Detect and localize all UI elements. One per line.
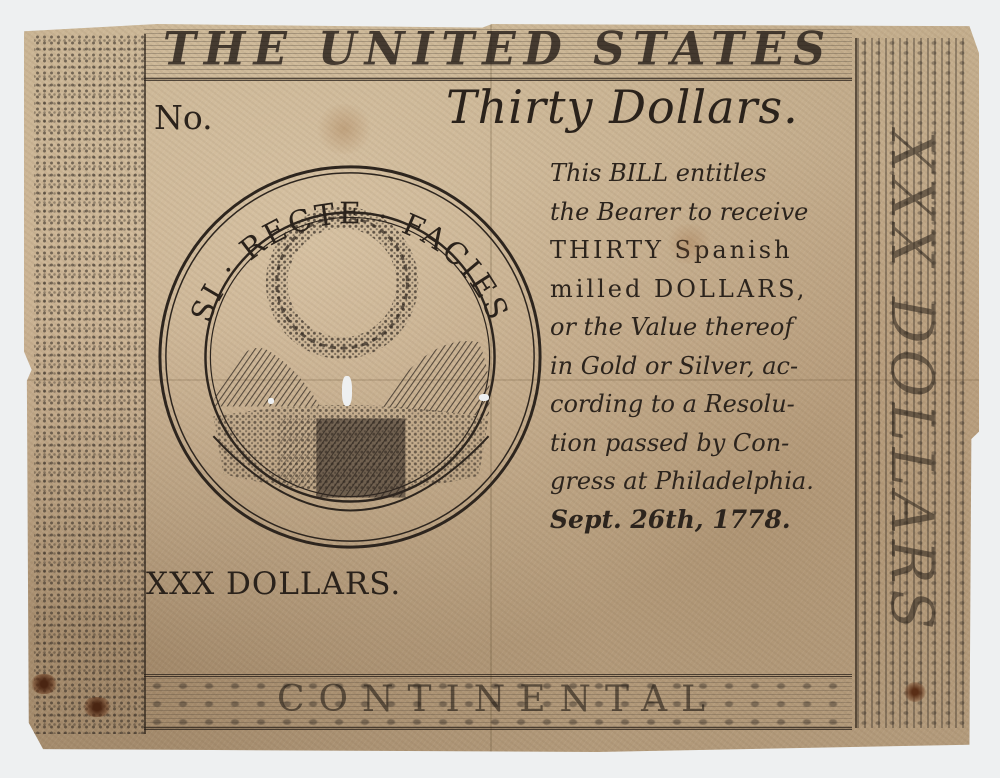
left-hill-icon bbox=[211, 348, 320, 407]
denomination-title: Thirty Dollars. bbox=[446, 80, 799, 134]
bill-text-line: tion passed by Con- bbox=[550, 424, 860, 463]
bill-text-line: in Gold or Silver, ac- bbox=[550, 347, 860, 386]
stain-mark bbox=[314, 104, 374, 154]
bottom-ornamental-border: CONTINENTAL bbox=[144, 674, 852, 730]
seal-graphic: SI · RECTE · FACIES bbox=[152, 158, 548, 556]
right-hill-icon bbox=[380, 341, 490, 416]
paper-hole bbox=[268, 398, 274, 404]
top-ornamental-border: THE UNITED STATES bbox=[144, 28, 852, 81]
bill-text-line: or the Value thereof bbox=[550, 308, 860, 347]
issue-date: Sept. 26th, 1778. bbox=[550, 501, 860, 540]
bill-text-line: the Bearer to receive bbox=[550, 193, 860, 232]
banknote: XXX DOLLARS THE UNITED STATES CONTINENTA… bbox=[24, 24, 979, 752]
paper-hole bbox=[479, 394, 489, 401]
stain-mark bbox=[82, 697, 112, 717]
stain-mark bbox=[904, 682, 926, 702]
denomination-numeral-label: XXX DOLLARS. bbox=[146, 566, 401, 602]
seal-emblem: SI · RECTE · FACIES bbox=[152, 158, 548, 556]
bill-text-line: This BILL entitles bbox=[550, 154, 860, 193]
bottom-border-text: CONTINENTAL bbox=[144, 679, 852, 720]
bill-text-line: cording to a Resolu- bbox=[550, 385, 860, 424]
stain-mark bbox=[30, 674, 58, 694]
right-ornamental-border: XXX DOLLARS bbox=[855, 38, 967, 728]
serial-number-label: No. bbox=[154, 98, 213, 137]
bill-text-line: milled DOLLARS, bbox=[550, 270, 860, 309]
bill-promise-text: This BILL entitles the Bearer to receive… bbox=[550, 154, 860, 539]
left-ornamental-border bbox=[34, 34, 146, 734]
stain-mark bbox=[664, 224, 714, 264]
paper-hole bbox=[342, 376, 352, 406]
right-border-text: XXX DOLLARS bbox=[878, 131, 946, 636]
top-border-text: THE UNITED STATES bbox=[144, 28, 852, 76]
bill-text-line: gress at Philadelphia. bbox=[550, 462, 860, 501]
